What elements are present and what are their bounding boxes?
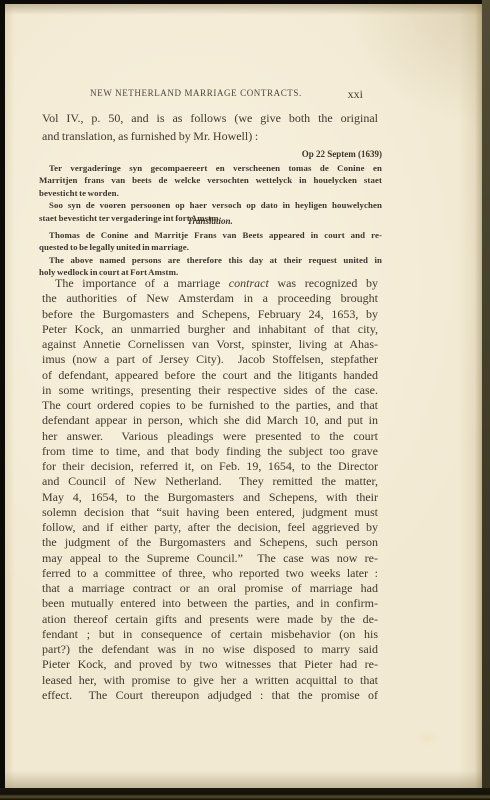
text-line: leased her, with promise to give her a w… xyxy=(42,673,378,688)
text-line: The court ordered copies to be furnished… xyxy=(42,398,378,413)
text-line: before the Burgomasters and Schepens, Fe… xyxy=(42,307,378,322)
text-line: and translation, as furnished by Mr. How… xyxy=(42,128,378,146)
text-line: the authorities of New Amsterdam in a pr… xyxy=(42,291,378,306)
text-line: The above named persons are therefore th… xyxy=(39,254,382,266)
text-line: bevesticht te worden. xyxy=(39,187,382,199)
book-page: NEW NETHERLAND MARRIAGE CONTRACTS. xxi V… xyxy=(5,4,482,788)
text-line: fendant ; but in consequence of certain … xyxy=(42,627,378,642)
text-line: Peter Kock, an unmarried burgher and inh… xyxy=(42,322,378,337)
text-column: NEW NETHERLAND MARRIAGE CONTRACTS. xxi V… xyxy=(42,88,378,728)
main-paragraph: The importance of a marriage contract wa… xyxy=(42,276,378,703)
text-line: ation thereof certain gifts and presents… xyxy=(42,612,378,627)
intro-paragraph: Vol IV., p. 50, and is as follows (we gi… xyxy=(42,110,378,145)
text-line: Marritjen frans van beets de welcke vers… xyxy=(39,174,382,186)
text-line: of defendant, appeared before the court … xyxy=(42,368,378,383)
text-line: imus (now a part of Jersey City). Jacob … xyxy=(42,352,378,367)
text-line: May 4, 1654, to the Burgomasters and Sch… xyxy=(42,490,378,505)
record-date: Op 22 Septem (1639) xyxy=(302,149,382,159)
text-line: been mutually entered into between the p… xyxy=(42,596,378,611)
text-line: follow, and if either party, after the d… xyxy=(42,520,378,535)
text-line: Soo syn de vooren persoonen op haer vers… xyxy=(39,199,382,211)
page-stain xyxy=(415,730,439,747)
text-line: against Annetie Cornelissen van Vorst, s… xyxy=(42,337,378,352)
text-line: the judgment of the Burgomasters and Sch… xyxy=(42,535,378,550)
text-line: The importance of a marriage contract wa… xyxy=(42,276,378,291)
text-line: solemn decision that “suit having been e… xyxy=(42,505,378,520)
text-line: from time to time, and that body finding… xyxy=(42,444,378,459)
text-line: Ter vergaderinge syn gecompaereert en ve… xyxy=(39,162,382,174)
text-line: Vol IV., p. 50, and is as follows (we gi… xyxy=(42,110,378,128)
text-line: Pieter Kock, and proved by two witnesses… xyxy=(42,657,378,672)
page-edge-right xyxy=(482,0,490,800)
text-line: quested to be legally united in marriage… xyxy=(39,241,382,253)
text-line: in some writings, presenting their respe… xyxy=(42,383,378,398)
page-number: xxi xyxy=(348,87,363,102)
text-line: that a marriage contract or an oral prom… xyxy=(42,581,378,596)
text-line: effect. The Court thereupon adjudged : t… xyxy=(42,688,378,703)
translation-heading: Translation. xyxy=(42,216,378,226)
text-line: Thomas de Conine and Marritje Frans van … xyxy=(39,229,382,241)
dutch-record: Ter vergaderinge syn gecompaereert en ve… xyxy=(39,162,382,224)
page-edge-bottom xyxy=(0,788,490,800)
text-line: may appeal to the Supreme Council.” The … xyxy=(42,551,378,566)
header-title: NEW NETHERLAND MARRIAGE CONTRACTS. xyxy=(90,88,302,98)
running-header: NEW NETHERLAND MARRIAGE CONTRACTS. xxi xyxy=(42,88,378,103)
photo-backdrop: NEW NETHERLAND MARRIAGE CONTRACTS. xxi V… xyxy=(0,0,490,800)
translation-text: Thomas de Conine and Marritje Frans van … xyxy=(39,229,382,279)
text-line: and Council of New Netherland. They remi… xyxy=(42,474,378,489)
text-line: part?) the defendant was in no wise disp… xyxy=(42,642,378,657)
text-line: ferred to a committee of three, who repo… xyxy=(42,566,378,581)
text-line: her answer. Various pleadings were prese… xyxy=(42,429,378,444)
text-line: defendant appear in person, which she di… xyxy=(42,413,378,428)
text-line: for their decision, referred it, on Feb.… xyxy=(42,459,378,474)
